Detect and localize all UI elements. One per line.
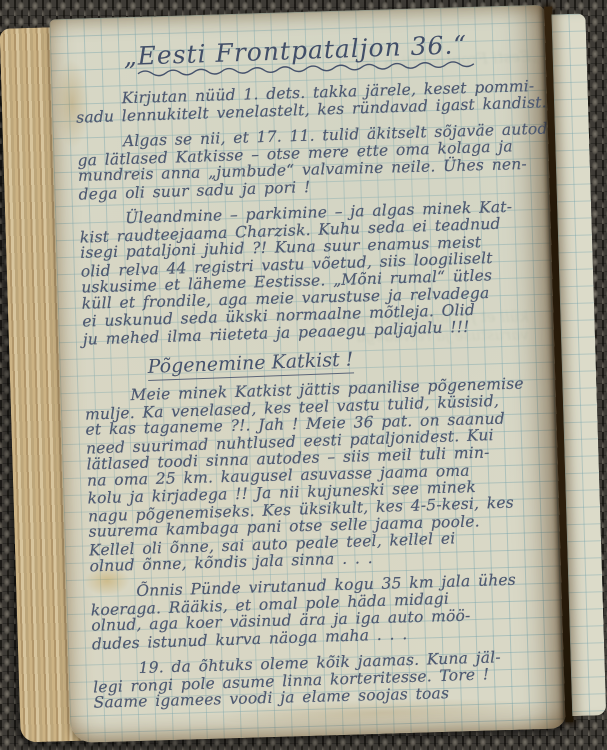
page-body: „Eesti Frontpataljon 36.“ Kirjutan nüüd … bbox=[74, 25, 556, 730]
section-heading: Põgenemine Katkist ! bbox=[147, 341, 546, 378]
handwritten-paragraph: Üleandmine – parkimine – ja algas minek … bbox=[79, 198, 545, 348]
handwritten-paragraph: Meie minek Katkist jättis paanilise põge… bbox=[84, 375, 551, 576]
handwritten-paragraph: Algas se nii, et 17. 11. tulid äkitselt … bbox=[77, 121, 541, 203]
diary-page: „Eesti Frontpataljon 36.“ küll et frondi… bbox=[49, 5, 566, 743]
section-heading-text: Põgenemine Katkist ! bbox=[147, 348, 354, 381]
handwritten-paragraph: Kirjutan nüüd 1. dets. takka järele, kes… bbox=[75, 78, 538, 126]
notebook: „Eesti Frontpataljon 36.“ küll et frondi… bbox=[0, 3, 607, 746]
handwritten-paragraph: Õnnis Pünde virutanud kogu 35 km jala üh… bbox=[90, 571, 554, 653]
diary-photo: „Eesti Frontpataljon 36.“ küll et frondi… bbox=[0, 0, 607, 750]
handwritten-paragraph: 19. da õhtuks oleme kõik jaamas. Kuna jä… bbox=[92, 648, 555, 713]
